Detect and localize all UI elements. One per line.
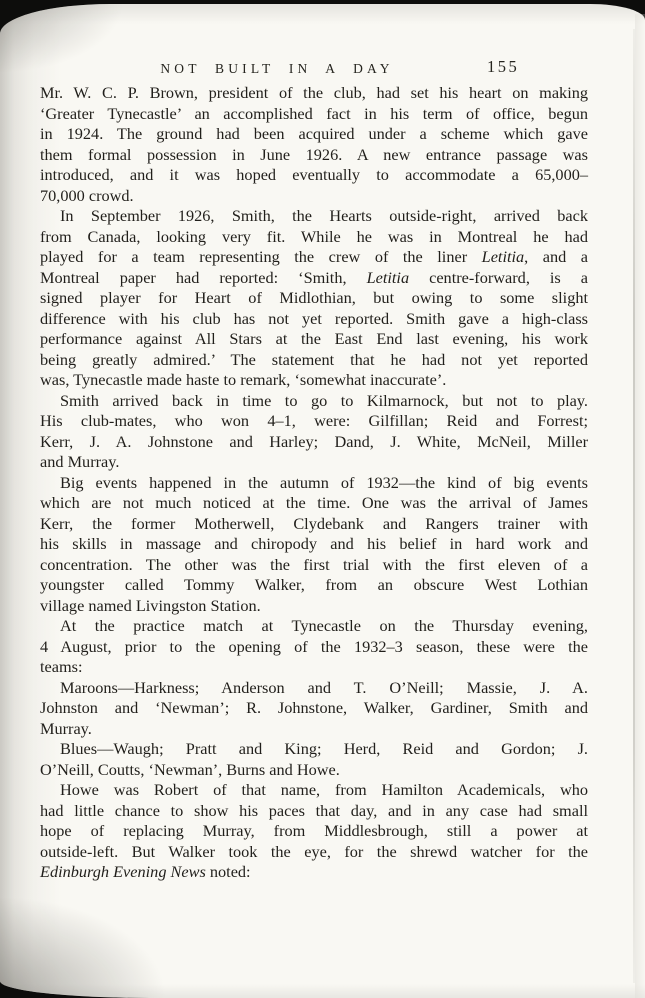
text-segment: Kerr, J. A. Johnstone and Harley; Dand, … xyxy=(40,432,588,451)
text-segment: outside-left. But Walker took the eye, f… xyxy=(40,842,588,861)
text-segment: In September 1926, Smith, the Hearts out… xyxy=(60,206,588,225)
text-segment: introduced, and it was hoped eventually … xyxy=(40,165,588,184)
text-line: Kerr, J. A. Johnstone and Harley; Dand, … xyxy=(40,432,588,453)
text-line: At the practice match at Tynecastle on t… xyxy=(40,616,588,637)
text-line: Johnston and ‘Newman’; R. Johnstone, Wal… xyxy=(40,698,588,719)
italic-text: Letitia xyxy=(367,268,410,287)
text-segment: centre-forward, is a xyxy=(409,268,588,287)
text-line: Murray. xyxy=(40,719,588,740)
text-line: Mr. W. C. P. Brown, president of the clu… xyxy=(40,83,588,104)
photo-background: NOT BUILT IN A DAY 155 Mr. W. C. P. Brow… xyxy=(0,0,645,998)
page-number: 155 xyxy=(487,57,519,77)
text-line: Blues—Waugh; Pratt and King; Herd, Reid … xyxy=(40,739,588,760)
paragraph: Big events happened in the autumn of 193… xyxy=(40,473,588,617)
text-line: Edinburgh Evening News noted: xyxy=(40,862,588,883)
text-line: in 1924. The ground had been acquired un… xyxy=(40,124,588,145)
text-line: which are not much noticed at the time. … xyxy=(40,493,588,514)
text-line: His club-mates, who won 4–1, were: Gilfi… xyxy=(40,411,588,432)
text-line: introduced, and it was hoped eventually … xyxy=(40,165,588,186)
text-line: 4 August, prior to the opening of the 19… xyxy=(40,637,588,658)
text-line: O’Neill, Coutts, ‘Newman’, Burns and How… xyxy=(40,760,588,781)
text-segment: concentration. The other was the first t… xyxy=(40,555,588,574)
text-segment: Johnston and ‘Newman’; R. Johnstone, Wal… xyxy=(40,698,588,717)
text-line: was, Tynecastle made haste to remark, ‘s… xyxy=(40,370,588,391)
paragraph: At the practice match at Tynecastle on t… xyxy=(40,616,588,678)
text-line: and Murray. xyxy=(40,452,588,473)
text-line: Kerr, the former Motherwell, Clydebank a… xyxy=(40,514,588,535)
text-line: Maroons—Harkness; Anderson and T. O’Neil… xyxy=(40,678,588,699)
page-edge-margin xyxy=(635,14,645,998)
text-segment: Big events happened in the autumn of 193… xyxy=(60,473,588,492)
text-line: signed player for Heart of Midlothian, b… xyxy=(40,288,588,309)
text-line: village named Livingston Station. xyxy=(40,596,588,617)
text-segment: them formal possession in June 1926. A n… xyxy=(40,145,588,164)
text-segment: Smith arrived back in time to go to Kilm… xyxy=(60,391,588,410)
text-segment: His club-mates, who won 4–1, were: Gilfi… xyxy=(40,411,588,430)
text-segment: from Canada, looking very fit. While he … xyxy=(40,227,588,246)
body-text: Mr. W. C. P. Brown, president of the clu… xyxy=(40,83,588,883)
italic-text: Edinburgh Evening News xyxy=(40,862,206,881)
text-line: them formal possession in June 1926. A n… xyxy=(40,145,588,166)
text-segment: Mr. W. C. P. Brown, president of the clu… xyxy=(40,83,588,102)
text-line: In September 1926, Smith, the Hearts out… xyxy=(40,206,588,227)
text-segment: his skills in massage and chiropody and … xyxy=(40,534,588,553)
text-segment: ‘Greater Tynecastle’ an accomplished fac… xyxy=(40,104,588,123)
text-segment: performance against All Stars at the Eas… xyxy=(40,329,588,348)
text-line: Big events happened in the autumn of 193… xyxy=(40,473,588,494)
paragraph: Mr. W. C. P. Brown, president of the clu… xyxy=(40,83,588,206)
text-segment: in 1924. The ground had been acquired un… xyxy=(40,124,588,143)
text-segment: Murray. xyxy=(40,719,92,738)
text-segment: Kerr, the former Motherwell, Clydebank a… xyxy=(40,514,588,533)
text-segment: teams: xyxy=(40,657,83,676)
text-segment: O’Neill, Coutts, ‘Newman’, Burns and How… xyxy=(40,760,340,779)
text-segment: hope of replacing Murray, from Middlesbr… xyxy=(40,821,588,840)
paragraph: Smith arrived back in time to go to Kilm… xyxy=(40,391,588,473)
text-segment: village named Livingston Station. xyxy=(40,596,261,615)
text-segment: , and a xyxy=(524,247,588,266)
page-edge-line xyxy=(633,29,635,983)
text-segment: which are not much noticed at the time. … xyxy=(40,493,588,512)
text-segment: Montreal paper had reported: ‘Smith, xyxy=(40,268,367,287)
text-line: outside-left. But Walker took the eye, f… xyxy=(40,842,588,863)
paragraph: Maroons—Harkness; Anderson and T. O’Neil… xyxy=(40,678,588,740)
text-segment: difference with his club has not yet rep… xyxy=(40,309,588,328)
text-segment: being greatly admired.’ The statement th… xyxy=(40,350,588,369)
text-line: concentration. The other was the first t… xyxy=(40,555,588,576)
paragraph: In September 1926, Smith, the Hearts out… xyxy=(40,206,588,391)
text-segment: Maroons—Harkness; Anderson and T. O’Neil… xyxy=(60,678,588,697)
text-segment: 4 August, prior to the opening of the 19… xyxy=(40,637,588,656)
italic-text: Letitia xyxy=(482,247,525,266)
text-segment: had little chance to show his paces that… xyxy=(40,801,588,820)
text-segment: Howe was Robert of that name, from Hamil… xyxy=(60,780,588,799)
text-line: from Canada, looking very fit. While he … xyxy=(40,227,588,248)
text-line: difference with his club has not yet rep… xyxy=(40,309,588,330)
text-segment: noted: xyxy=(206,862,251,881)
paragraph: Blues—Waugh; Pratt and King; Herd, Reid … xyxy=(40,739,588,780)
book-page: NOT BUILT IN A DAY 155 Mr. W. C. P. Brow… xyxy=(0,4,645,998)
text-line: his skills in massage and chiropody and … xyxy=(40,534,588,555)
text-line: youngster called Tommy Walker, from an o… xyxy=(40,575,588,596)
running-title: NOT BUILT IN A DAY xyxy=(0,61,554,77)
text-line: Smith arrived back in time to go to Kilm… xyxy=(40,391,588,412)
text-line: teams: xyxy=(40,657,588,678)
text-segment: At the practice match at Tynecastle on t… xyxy=(60,616,588,635)
text-segment: was, Tynecastle made haste to remark, ‘s… xyxy=(40,370,446,389)
text-segment: played for a team representing the crew … xyxy=(40,247,482,266)
paragraph: Howe was Robert of that name, from Hamil… xyxy=(40,780,588,883)
text-line: had little chance to show his paces that… xyxy=(40,801,588,822)
text-line: Howe was Robert of that name, from Hamil… xyxy=(40,780,588,801)
text-segment: 70,000 crowd. xyxy=(40,186,134,205)
text-line: played for a team representing the crew … xyxy=(40,247,588,268)
text-line: Montreal paper had reported: ‘Smith, Let… xyxy=(40,268,588,289)
text-line: ‘Greater Tynecastle’ an accomplished fac… xyxy=(40,104,588,125)
text-segment: Blues—Waugh; Pratt and King; Herd, Reid … xyxy=(60,739,588,758)
text-line: 70,000 crowd. xyxy=(40,186,588,207)
text-line: being greatly admired.’ The statement th… xyxy=(40,350,588,371)
text-segment: youngster called Tommy Walker, from an o… xyxy=(40,575,588,594)
text-segment: signed player for Heart of Midlothian, b… xyxy=(40,288,588,307)
text-line: performance against All Stars at the Eas… xyxy=(40,329,588,350)
text-segment: and Murray. xyxy=(40,452,119,471)
text-line: hope of replacing Murray, from Middlesbr… xyxy=(40,821,588,842)
